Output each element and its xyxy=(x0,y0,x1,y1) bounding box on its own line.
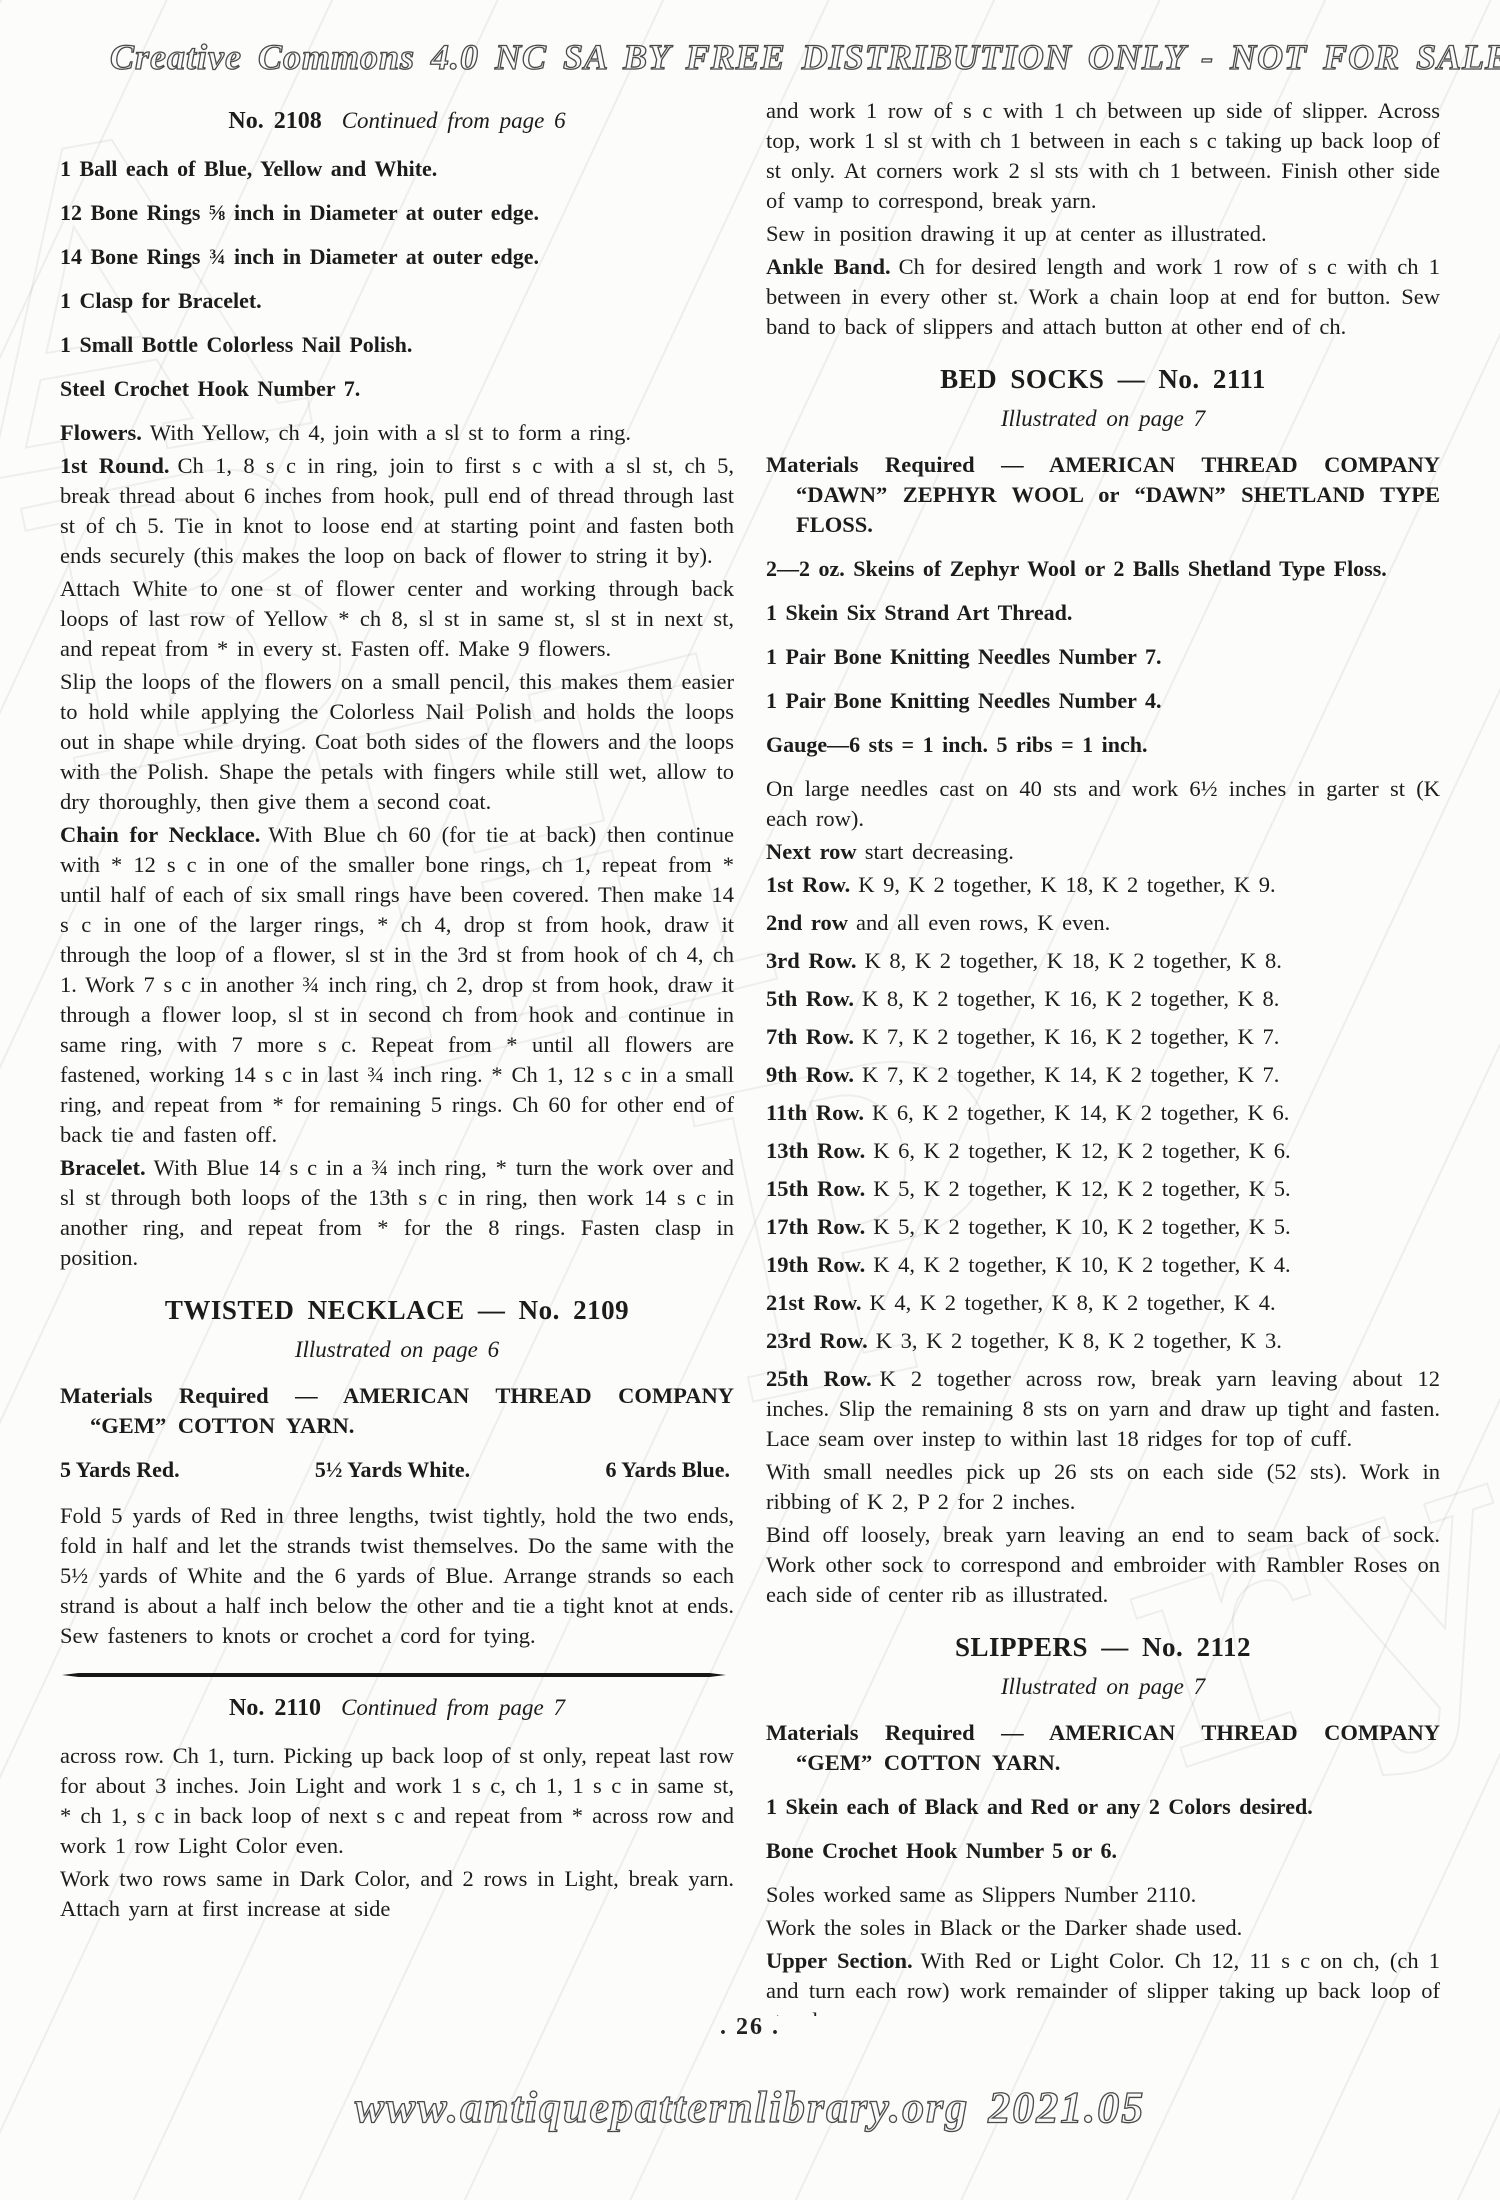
paragraph-text: K 5, K 2 together, K 12, K 2 together, K… xyxy=(873,1176,1290,1201)
illustrated-note: Illustrated on page 7 xyxy=(766,1672,1440,1702)
paragraph-text: Soles worked same as Slippers Number 211… xyxy=(766,1882,1196,1907)
paragraph-lead: 7th Row. xyxy=(766,1024,854,1049)
knit-row: 13th Row.K 6, K 2 together, K 12, K 2 to… xyxy=(766,1136,1440,1166)
paragraph-lead: Flowers. xyxy=(60,420,142,445)
knit-row: 19th Row.K 4, K 2 together, K 10, K 2 to… xyxy=(766,1250,1440,1280)
materials-required: Materials Required — AMERICAN THREAD COM… xyxy=(60,1381,734,1441)
paragraph: Bind off loosely, break yarn leaving an … xyxy=(766,1520,1440,1610)
page-number: . 26 . xyxy=(0,2014,1500,2041)
paragraph: 25th Row.K 2 together across row, break … xyxy=(766,1364,1440,1454)
paragraph: With small needles pick up 26 sts on eac… xyxy=(766,1457,1440,1517)
knit-row: 1st Row.K 9, K 2 together, K 18, K 2 tog… xyxy=(766,870,1440,900)
paragraph: Work the soles in Black or the Darker sh… xyxy=(766,1913,1440,1943)
materials-required: Materials Required — AMERICAN THREAD COM… xyxy=(766,450,1440,540)
materials-item: 1 Skein each of Black and Red or any 2 C… xyxy=(766,1792,1440,1822)
paragraph-text: Fold 5 yards of Red in three lengths, tw… xyxy=(60,1503,734,1648)
continued-heading: No. 2108Continued from page 6 xyxy=(60,106,734,136)
paragraph-text: K 6, K 2 together, K 12, K 2 together, K… xyxy=(873,1138,1290,1163)
paragraph: Attach White to one st of flower center … xyxy=(60,574,734,664)
pattern-number: No. 2108 xyxy=(228,108,321,134)
paragraph-text: On large needles cast on 40 sts and work… xyxy=(766,776,1440,831)
paragraph: 1st Round.Ch 1, 8 s c in ring, join to f… xyxy=(60,451,734,571)
paragraph-text: K 8, K 2 together, K 16, K 2 together, K… xyxy=(862,986,1279,1011)
knit-row: 11th Row.K 6, K 2 together, K 14, K 2 to… xyxy=(766,1098,1440,1128)
paragraph-text: K 5, K 2 together, K 10, K 2 together, K… xyxy=(873,1214,1290,1239)
materials-item: Steel Crochet Hook Number 7. xyxy=(60,374,734,404)
paragraph-text: across row. Ch 1, turn. Picking up back … xyxy=(60,1743,734,1858)
illustrated-note: Illustrated on page 6 xyxy=(60,1335,734,1365)
paragraph-text: and work 1 row of s c with 1 ch between … xyxy=(766,98,1440,213)
materials-item: Gauge—6 sts = 1 inch. 5 ribs = 1 inch. xyxy=(766,730,1440,760)
materials-item: Bone Crochet Hook Number 5 or 6. xyxy=(766,1836,1440,1866)
yardage-item: 5½ Yards White. xyxy=(315,1455,470,1485)
materials-item: 1 Pair Bone Knitting Needles Number 4. xyxy=(766,686,1440,716)
paragraph-lead: Ankle Band. xyxy=(766,254,891,279)
materials-item: 2—2 oz. Skeins of Zephyr Wool or 2 Balls… xyxy=(766,554,1440,584)
knit-row: 2nd rowand all even rows, K even. xyxy=(766,908,1440,938)
materials-item: 1 Small Bottle Colorless Nail Polish. xyxy=(60,330,734,360)
paragraph-lead: 1st Round. xyxy=(60,453,170,478)
materials-item: 14 Bone Rings ¾ inch in Diameter at oute… xyxy=(60,242,734,272)
paragraph-lead: 21st Row. xyxy=(766,1290,862,1315)
continued-note: Continued from page 7 xyxy=(341,1695,565,1720)
paragraph-text: With Yellow, ch 4, join with a sl st to … xyxy=(150,420,631,445)
divider-rule xyxy=(62,1673,726,1677)
paragraph-lead: 5th Row. xyxy=(766,986,854,1011)
knit-row: 17th Row.K 5, K 2 together, K 10, K 2 to… xyxy=(766,1212,1440,1242)
paragraph-text: With Blue ch 60 (for tie at back) then c… xyxy=(60,822,734,1147)
paragraph-lead: Bracelet. xyxy=(60,1155,146,1180)
paragraph-text: K 8, K 2 together, K 18, K 2 together, K… xyxy=(865,948,1282,973)
paragraph-text: K 9, K 2 together, K 18, K 2 together, K… xyxy=(858,872,1275,897)
paragraph-lead: Next row xyxy=(766,839,857,864)
illustrated-note: Illustrated on page 7 xyxy=(766,404,1440,434)
materials-item: 1 Ball each of Blue, Yellow and White. xyxy=(60,154,734,184)
paragraph-lead: 13th Row. xyxy=(766,1138,865,1163)
section-heading: TWISTED NECKLACE — No. 2109 xyxy=(60,1295,734,1325)
paragraph: Fold 5 yards of Red in three lengths, tw… xyxy=(60,1501,734,1651)
knit-row: 3rd Row.K 8, K 2 together, K 18, K 2 tog… xyxy=(766,946,1440,976)
paragraph: On large needles cast on 40 sts and work… xyxy=(766,774,1440,834)
paragraph: Ankle Band.Ch for desired length and wor… xyxy=(766,252,1440,342)
paragraph-text: K 3, K 2 together, K 8, K 2 together, K … xyxy=(876,1328,1282,1353)
paragraph-lead: 11th Row. xyxy=(766,1100,864,1125)
paragraph: Next rowstart decreasing. xyxy=(766,837,1440,867)
section-heading: BED SOCKS — No. 2111 xyxy=(766,364,1440,394)
materials-required: Materials Required — AMERICAN THREAD COM… xyxy=(766,1718,1440,1778)
pattern-number: No. 2110 xyxy=(229,1695,321,1721)
paragraph-lead: 23rd Row. xyxy=(766,1328,868,1353)
knit-row: 7th Row.K 7, K 2 together, K 16, K 2 tog… xyxy=(766,1022,1440,1052)
continued-note: Continued from page 6 xyxy=(342,108,566,133)
yardage-item: 5 Yards Red. xyxy=(60,1455,180,1485)
paragraph-lead: 9th Row. xyxy=(766,1062,854,1087)
paragraph: Slip the loops of the flowers on a small… xyxy=(60,667,734,817)
paragraph-text: Attach White to one st of flower center … xyxy=(60,576,734,661)
right-column: and work 1 row of s c with 1 ch between … xyxy=(766,96,1440,2016)
paragraph-lead: 15th Row. xyxy=(766,1176,865,1201)
paragraph-text: start decreasing. xyxy=(865,839,1014,864)
paragraph-text: and all even rows, K even. xyxy=(856,910,1110,935)
yardage-item: 6 Yards Blue. xyxy=(606,1455,730,1485)
paragraph-text: K 4, K 2 together, K 10, K 2 together, K… xyxy=(873,1252,1290,1277)
materials-item: 1 Clasp for Bracelet. xyxy=(60,286,734,316)
knit-row: 9th Row.K 7, K 2 together, K 14, K 2 tog… xyxy=(766,1060,1440,1090)
paragraph: Upper Section.With Red or Light Color. C… xyxy=(766,1946,1440,2016)
paragraph-text: K 7, K 2 together, K 16, K 2 together, K… xyxy=(862,1024,1279,1049)
paragraph-lead: 2nd row xyxy=(766,910,848,935)
paragraph: Flowers.With Yellow, ch 4, join with a s… xyxy=(60,418,734,448)
paragraph-text: K 6, K 2 together, K 14, K 2 together, K… xyxy=(872,1100,1289,1125)
paragraph-text: Work the soles in Black or the Darker sh… xyxy=(766,1915,1242,1940)
knit-row: 21st Row.K 4, K 2 together, K 8, K 2 tog… xyxy=(766,1288,1440,1318)
yardage-line: 5 Yards Red.5½ Yards White.6 Yards Blue. xyxy=(60,1455,730,1485)
paragraph-lead: 3rd Row. xyxy=(766,948,857,973)
paragraph-lead: 25th Row. xyxy=(766,1366,872,1391)
paragraph: Work two rows same in Dark Color, and 2 … xyxy=(60,1864,734,1924)
paragraph-lead: 19th Row. xyxy=(766,1252,865,1277)
left-column: No. 2108Continued from page 61 Ball each… xyxy=(60,96,734,1927)
paragraph-text: Slip the loops of the flowers on a small… xyxy=(60,669,734,814)
materials-item: 12 Bone Rings ⅝ inch in Diameter at oute… xyxy=(60,198,734,228)
knit-row: 15th Row.K 5, K 2 together, K 12, K 2 to… xyxy=(766,1174,1440,1204)
paragraph: Bracelet.With Blue 14 s c in a ¾ inch ri… xyxy=(60,1153,734,1273)
continued-heading: No. 2110Continued from page 7 xyxy=(60,1693,734,1723)
paragraph-text: Bind off loosely, break yarn leaving an … xyxy=(766,1522,1440,1607)
paragraph-text: With small needles pick up 26 sts on eac… xyxy=(766,1459,1440,1514)
paragraph: across row. Ch 1, turn. Picking up back … xyxy=(60,1741,734,1861)
paragraph-text: With Blue 14 s c in a ¾ inch ring, * tur… xyxy=(60,1155,734,1270)
paragraph-text: Sew in position drawing it up at center … xyxy=(766,221,1267,246)
paragraph: Sew in position drawing it up at center … xyxy=(766,219,1440,249)
knit-row: 5th Row.K 8, K 2 together, K 16, K 2 tog… xyxy=(766,984,1440,1014)
materials-item: 1 Pair Bone Knitting Needles Number 7. xyxy=(766,642,1440,672)
paragraph-lead: Chain for Necklace. xyxy=(60,822,260,847)
knit-row: 23rd Row.K 3, K 2 together, K 8, K 2 tog… xyxy=(766,1326,1440,1356)
paragraph-lead: 17th Row. xyxy=(766,1214,865,1239)
materials-item: 1 Skein Six Strand Art Thread. xyxy=(766,598,1440,628)
paragraph-lead: 1st Row. xyxy=(766,872,850,897)
paragraph-text: K 7, K 2 together, K 14, K 2 together, K… xyxy=(862,1062,1279,1087)
scanned-page: { "header": { "notice": "Creative Common… xyxy=(0,0,1500,2200)
paragraph: Soles worked same as Slippers Number 211… xyxy=(766,1880,1440,1910)
paragraph: Chain for Necklace.With Blue ch 60 (for … xyxy=(60,820,734,1150)
section-heading: SLIPPERS — No. 2112 xyxy=(766,1632,1440,1662)
paragraph-lead: Upper Section. xyxy=(766,1948,913,1973)
paragraph: and work 1 row of s c with 1 ch between … xyxy=(766,96,1440,216)
site-stamp: www.antiquepatternlibrary.org 2021.05 xyxy=(0,2082,1500,2133)
paragraph-text: K 4, K 2 together, K 8, K 2 together, K … xyxy=(870,1290,1276,1315)
paragraph-text: Work two rows same in Dark Color, and 2 … xyxy=(60,1866,734,1921)
license-notice: Creative Commons 4.0 NC SA BY FREE DISTR… xyxy=(110,36,1500,78)
